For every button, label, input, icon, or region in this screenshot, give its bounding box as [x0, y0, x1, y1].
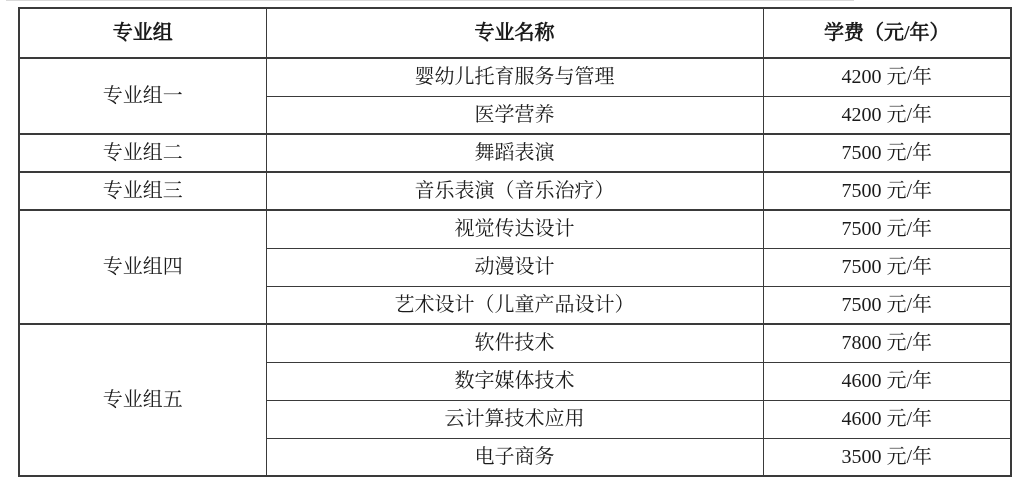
- major-name-cell: 视觉传达设计: [266, 210, 763, 248]
- tuition-cell: 4600 元/年: [763, 362, 1011, 400]
- major-name-cell: 数字媒体技术: [266, 362, 763, 400]
- major-name-cell: 音乐表演（音乐治疗）: [266, 172, 763, 210]
- tuition-cell: 7500 元/年: [763, 248, 1011, 286]
- table-row: 专业组一婴幼儿托育服务与管理4200 元/年: [19, 58, 1011, 96]
- major-group-cell: 专业组一: [19, 58, 266, 134]
- col-header-major-group: 专业组: [19, 8, 266, 58]
- major-name-cell: 舞蹈表演: [266, 134, 763, 172]
- major-name-cell: 艺术设计（儿童产品设计）: [266, 286, 763, 324]
- tuition-cell: 7500 元/年: [763, 210, 1011, 248]
- tuition-cell: 4200 元/年: [763, 58, 1011, 96]
- table-row: 专业组三音乐表演（音乐治疗）7500 元/年: [19, 172, 1011, 210]
- crop-artifact-line: [6, 0, 854, 1]
- header-row: 专业组 专业名称 学费（元/年）: [19, 8, 1011, 58]
- col-header-major-name: 专业名称: [266, 8, 763, 58]
- major-group-cell: 专业组三: [19, 172, 266, 210]
- major-group-cell: 专业组二: [19, 134, 266, 172]
- tuition-cell: 3500 元/年: [763, 438, 1011, 476]
- table-row: 专业组二舞蹈表演7500 元/年: [19, 134, 1011, 172]
- col-header-tuition: 学费（元/年）: [763, 8, 1011, 58]
- major-name-cell: 动漫设计: [266, 248, 763, 286]
- major-name-cell: 电子商务: [266, 438, 763, 476]
- major-group-cell: 专业组四: [19, 210, 266, 324]
- major-name-cell: 软件技术: [266, 324, 763, 362]
- major-group-cell: 专业组五: [19, 324, 266, 476]
- major-name-cell: 医学营养: [266, 96, 763, 134]
- table-row: 专业组四视觉传达设计7500 元/年: [19, 210, 1011, 248]
- major-name-cell: 云计算技术应用: [266, 400, 763, 438]
- tuition-cell: 7500 元/年: [763, 286, 1011, 324]
- tuition-cell: 7500 元/年: [763, 172, 1011, 210]
- tuition-fee-table: 专业组 专业名称 学费（元/年） 专业组一婴幼儿托育服务与管理4200 元/年医…: [18, 7, 1012, 477]
- tuition-cell: 7500 元/年: [763, 134, 1011, 172]
- tuition-cell: 4200 元/年: [763, 96, 1011, 134]
- major-name-cell: 婴幼儿托育服务与管理: [266, 58, 763, 96]
- table-row: 专业组五软件技术7800 元/年: [19, 324, 1011, 362]
- page: 专业组 专业名称 学费（元/年） 专业组一婴幼儿托育服务与管理4200 元/年医…: [0, 0, 1024, 489]
- tuition-cell: 7800 元/年: [763, 324, 1011, 362]
- tuition-cell: 4600 元/年: [763, 400, 1011, 438]
